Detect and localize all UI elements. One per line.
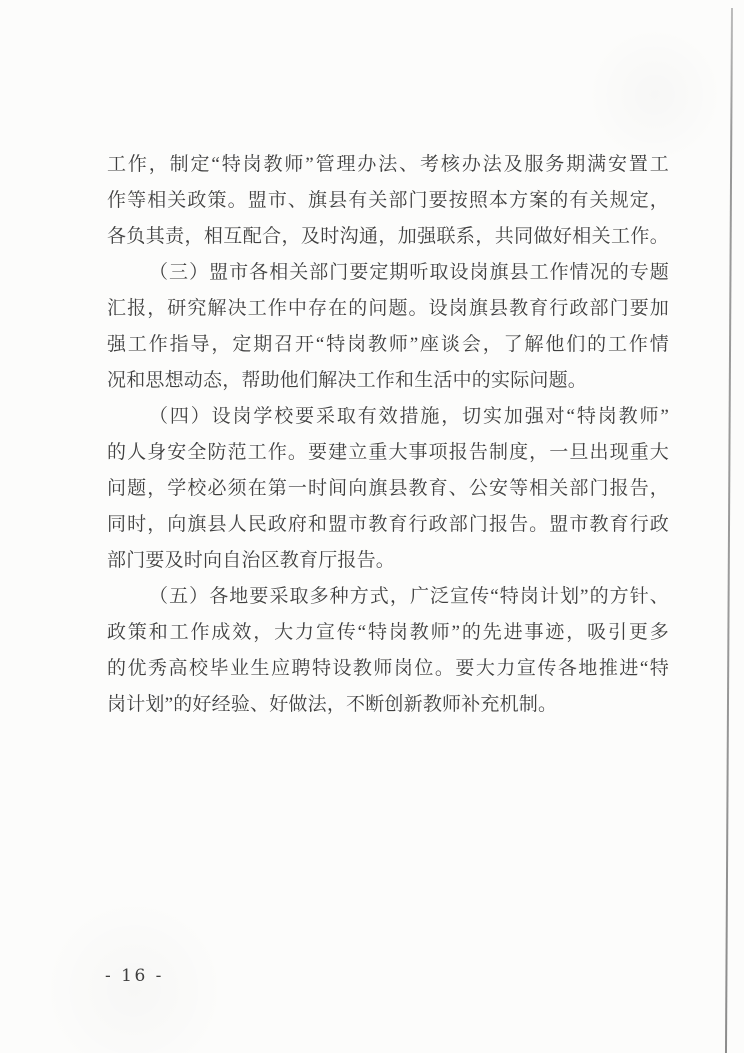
- paragraph-item-4: （四）设岗学校要采取有效措施，切实加强对“特岗教师” 的人身安全防范工作。要建立…: [107, 399, 669, 579]
- scanned-document-page: 工作，制定“特岗教师”管理办法、考核办法及服务期满安置工 作等相关政策。盟市、旗…: [0, 0, 744, 1053]
- text-line: （四）设岗学校要采取有效措施，切实加强对“特岗教师”: [107, 399, 669, 435]
- text-line: 况和思想动态，帮助他们解决工作和生活中的实际问题。: [107, 363, 669, 399]
- text-line: 汇报，研究解决工作中存在的问题。设岗旗县教育行政部门要加: [107, 291, 669, 327]
- document-body: 工作，制定“特岗教师”管理办法、考核办法及服务期满安置工 作等相关政策。盟市、旗…: [107, 147, 669, 723]
- text-line: （五）各地要采取多种方式，广泛宣传“特岗计划”的方针、: [107, 579, 669, 615]
- text-line: （三）盟市各相关部门要定期听取设岗旗县工作情况的专题: [107, 255, 669, 291]
- paragraph-continuation: 工作，制定“特岗教师”管理办法、考核办法及服务期满安置工 作等相关政策。盟市、旗…: [107, 147, 669, 255]
- scan-edge-artifact: [725, 8, 733, 1053]
- text-line: 问题，学校必须在第一时间向旗县教育、公安等相关部门报告，: [107, 471, 669, 507]
- text-line: 岗计划”的好经验、好做法，不断创新教师补充机制。: [107, 687, 669, 723]
- text-line: 政策和工作成效，大力宣传“特岗教师”的先进事迹，吸引更多: [107, 615, 669, 651]
- text-line: 同时，向旗县人民政府和盟市教育行政部门报告。盟市教育行政: [107, 507, 669, 543]
- paragraph-item-5: （五）各地要采取多种方式，广泛宣传“特岗计划”的方针、 政策和工作成效，大力宣传…: [107, 579, 669, 723]
- text-line: 强工作指导，定期召开“特岗教师”座谈会，了解他们的工作情: [107, 327, 669, 363]
- text-line: 的人身安全防范工作。要建立重大事项报告制度，一旦出现重大: [107, 435, 669, 471]
- paragraph-item-3: （三）盟市各相关部门要定期听取设岗旗县工作情况的专题 汇报，研究解决工作中存在的…: [107, 255, 669, 399]
- text-line: 各负其责，相互配合，及时沟通，加强联系，共同做好相关工作。: [107, 219, 669, 255]
- text-line: 部门要及时向自治区教育厅报告。: [107, 543, 669, 579]
- text-line: 的优秀高校毕业生应聘特设教师岗位。要大力宣传各地推进“特: [107, 651, 669, 687]
- text-line: 作等相关政策。盟市、旗县有关部门要按照本方案的有关规定，: [107, 183, 669, 219]
- text-line: 工作，制定“特岗教师”管理办法、考核办法及服务期满安置工: [107, 147, 669, 183]
- page-number: - 16 -: [105, 966, 164, 986]
